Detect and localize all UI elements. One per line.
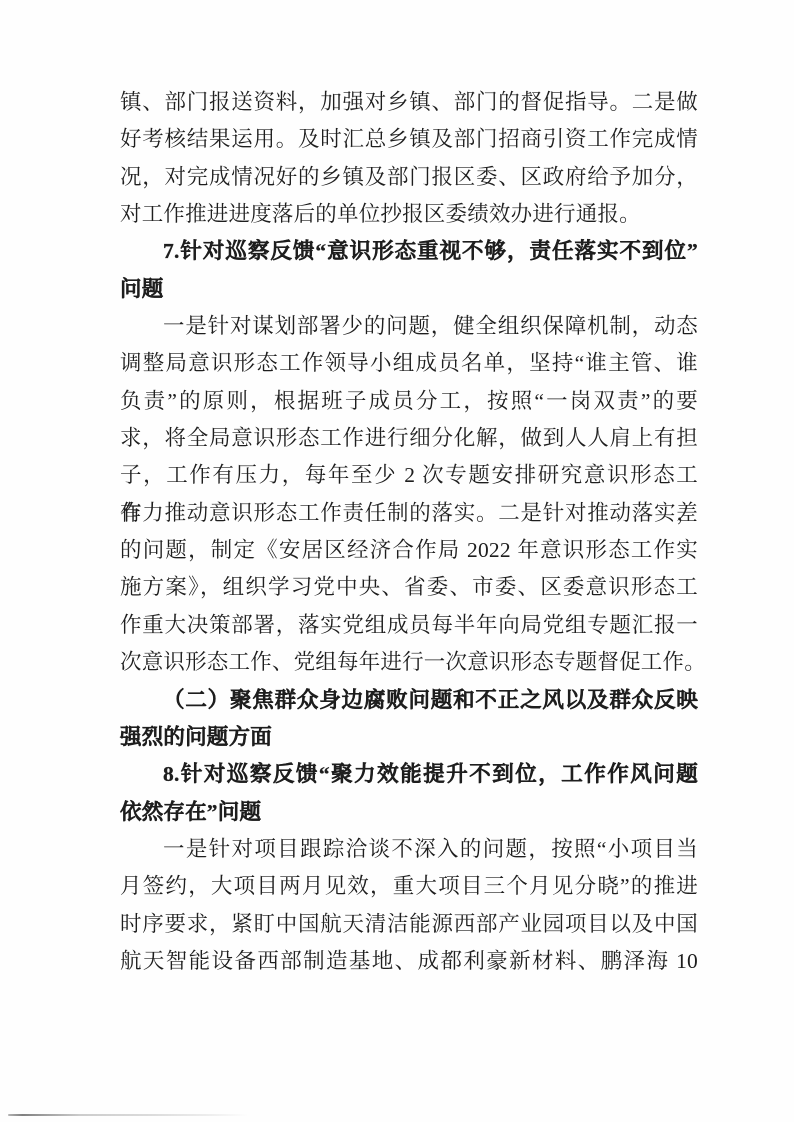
text-line: 求，将全局意识形态工作进行细分化解，做到人人肩上有担 [120, 420, 698, 457]
text-line: 调整局意识形态工作领导小组成员名单，坚持“谁主管、谁 [120, 345, 698, 382]
text-line: 一是针对谋划部署少的问题，健全组织保障机制，动态 [120, 308, 698, 345]
text-line: 好考核结果运用。及时汇总乡镇及部门招商引资工作完成情 [120, 121, 698, 158]
text-line: 问题 [120, 271, 698, 308]
text-line: 月签约，大项目两月见效，重大项目三个月见分晓”的推进 [120, 868, 698, 905]
text-line: （二）聚焦群众身边腐败问题和不正之风以及群众反映 [120, 682, 698, 719]
document-text-block: 镇、部门报送资料，加强对乡镇、部门的督促指导。二是做好考核结果运用。及时汇总乡镇… [120, 84, 698, 980]
text-line: 次意识形态工作、党组每年进行一次意识形态专题督促工作。 [120, 644, 698, 681]
text-line: 有力推动意识形态工作责任制的落实。二是针对推动落实差 [120, 495, 698, 532]
text-line: 强烈的问题方面 [120, 719, 698, 756]
text-line: 7.针对巡察反馈“意识形态重视不够，责任落实不到位” [120, 233, 698, 270]
text-line: 对工作推进进度落后的单位抄报区委绩效办进行通报。 [120, 196, 698, 233]
text-line: 镇、部门报送资料，加强对乡镇、部门的督促指导。二是做 [120, 84, 698, 121]
text-line: 子，工作有压力，每年至少 2 次专题安排研究意识形态工作， [120, 457, 698, 494]
text-line: 作重大决策部署，落实党组成员每半年向局党组专题汇报一 [120, 607, 698, 644]
text-line: 时序要求，紧盯中国航天清洁能源西部产业园项目以及中国 [120, 906, 698, 943]
text-line: 8.针对巡察反馈“聚力效能提升不到位，工作作风问题 [120, 756, 698, 793]
text-line: 负责”的原则，根据班子成员分工，按照“一岗双责”的要 [120, 383, 698, 420]
text-line: 依然存在”问题 [120, 794, 698, 831]
text-line: 施方案》，组织学习党中央、省委、市委、区委意识形态工 [120, 569, 698, 606]
text-line: 航天智能设备西部制造基地、成都利豪新材料、鹏泽海 10 [120, 943, 698, 980]
text-line: 的问题，制定《安居区经济合作局 2022 年意识形态工作实 [120, 532, 698, 569]
text-line: 一是针对项目跟踪洽谈不深入的问题，按照“小项目当 [120, 831, 698, 868]
text-line: 况，对完成情况好的乡镇及部门报区委、区政府给予加分， [120, 159, 698, 196]
scan-artifact-line [8, 1114, 248, 1116]
document-page: 镇、部门报送资料，加强对乡镇、部门的督促指导。二是做好考核结果运用。及时汇总乡镇… [0, 0, 794, 1122]
